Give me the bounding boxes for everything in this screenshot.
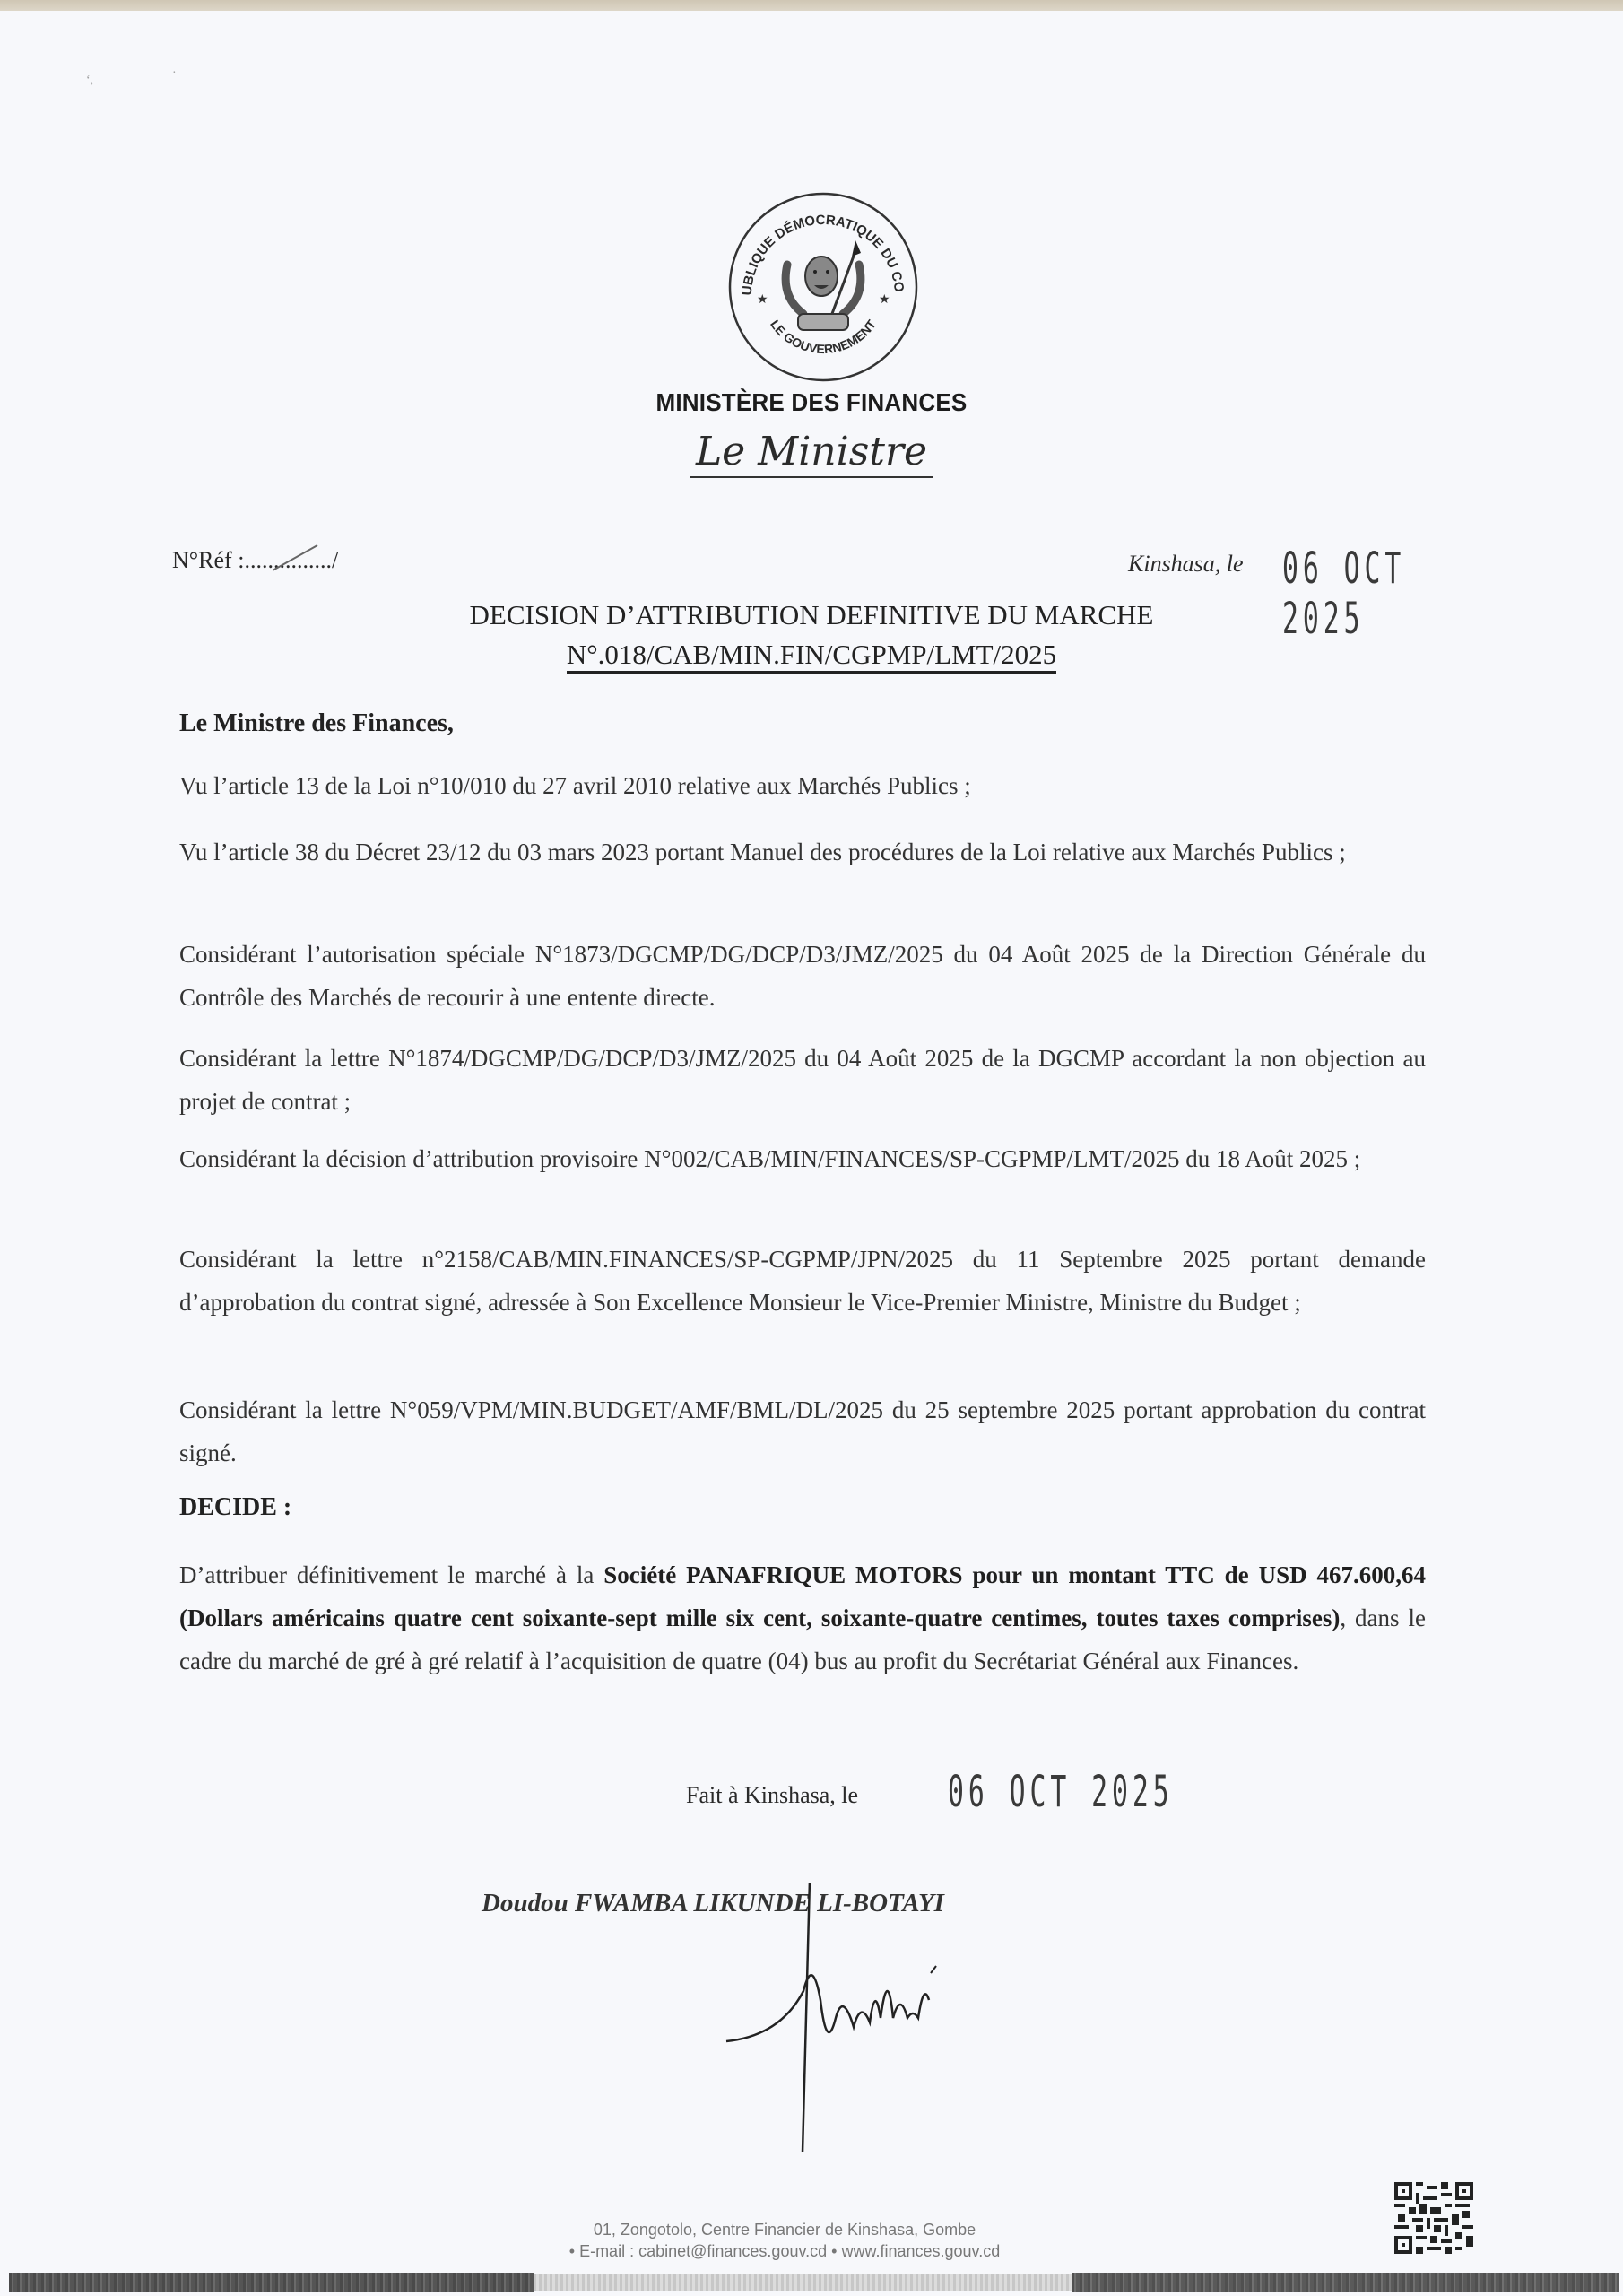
footer-address: 01, Zongotolo, Centre Financier de Kinsh… <box>0 2221 1596 2239</box>
decision-text: D’attribuer définitivement le marché à l… <box>179 1553 1426 1683</box>
footer-bar-right <box>1072 2273 1619 2292</box>
qr-code-icon <box>1394 2182 1473 2254</box>
scan-top-edge <box>0 0 1623 11</box>
office-title: Le Ministre <box>0 429 1623 474</box>
footer-website[interactable]: www.finances.gouv.cd <box>841 2242 1000 2260</box>
decision-number: N°.018/CAB/MIN.FIN/CGPMP/LMT/2025 <box>0 639 1623 671</box>
scan-speck: · <box>172 66 177 81</box>
consideration-6: Considérant la lettre n°2158/CAB/MIN.FIN… <box>179 1238 1426 1324</box>
footer-contact: • E-mail : cabinet@finances.gouv.cd • ww… <box>0 2242 1596 2261</box>
bullet-icon: • <box>569 2242 579 2260</box>
coat-of-arms-seal-icon: RÉPUBLIQUE DÉMOCRATIQUE DU CONGO LE GOUV… <box>725 188 922 386</box>
place-label: Kinshasa, le <box>1128 551 1244 578</box>
document-body: Le Ministre des Finances, <box>179 702 1426 745</box>
decide-heading: DECIDE : <box>179 1486 1426 1529</box>
handwritten-signature-icon <box>628 1883 1004 2152</box>
bullet-icon: • <box>831 2242 841 2260</box>
svg-text:★: ★ <box>757 293 768 307</box>
consideration-1: Vu l’article 13 de la Loi n°10/010 du 27… <box>179 764 1426 807</box>
scan-speck: ʻ, <box>86 74 93 88</box>
handwritten-stroke-icon <box>269 542 323 574</box>
closing-date-stamp: 06 OCT 2025 <box>948 1767 1174 1817</box>
consideration-7: Considérant la lettre N°059/VPM/MIN.BUDG… <box>179 1388 1426 1474</box>
footer-bar-left <box>9 2273 534 2292</box>
svg-text:★: ★ <box>879 293 890 307</box>
consideration-3: Considérant l’autorisation spéciale N°18… <box>179 933 1426 1019</box>
consideration-2: Vu l’article 38 du Décret 23/12 du 03 ma… <box>179 831 1426 874</box>
footer-bar-middle <box>534 2274 1072 2291</box>
consideration-4: Considérant la lettre N°1874/DGCMP/DG/DC… <box>179 1037 1426 1123</box>
consideration-5: Considérant la décision d’attribution pr… <box>179 1137 1426 1180</box>
footer-email[interactable]: E-mail : cabinet@finances.gouv.cd <box>579 2242 827 2260</box>
document-title: DECISION D’ATTRIBUTION DEFINITIVE DU MAR… <box>0 599 1623 631</box>
ministry-name: MINISTÈRE DES FINANCES <box>56 388 1566 417</box>
opening-line: Le Ministre des Finances, <box>179 702 1426 745</box>
made-at-label: Fait à Kinshasa, le <box>686 1782 858 1809</box>
